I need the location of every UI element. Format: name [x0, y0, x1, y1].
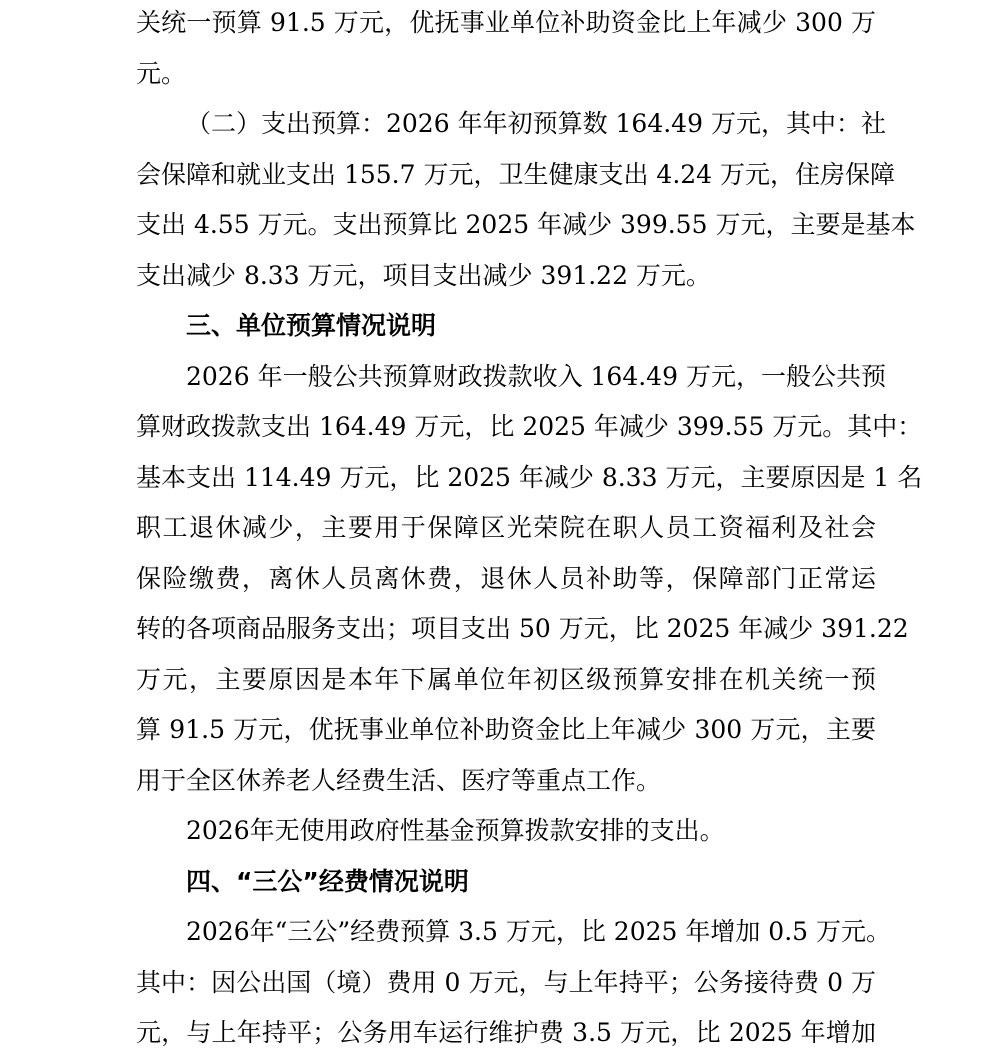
section-heading-unit-budget: 三、单位预算情况说明 [186, 306, 876, 346]
expenditure-budget-paragraph-line: （二）支出预算：2026 年年初预算数 164.49 万元，其中：社 [186, 104, 876, 144]
paragraph-line: 会保障和就业支出 155.7 万元，卫生健康支出 4.24 万元，住房保障 [136, 155, 876, 195]
paragraph-line: 元。 [136, 54, 876, 94]
paragraph-line: 算 91.5 万元，优抚事业单位补助资金比上年减少 300 万元，主要 [136, 710, 876, 750]
paragraph-line: 算财政拨款支出 164.49 万元，比 2025 年减少 399.55 万元。其… [136, 407, 876, 447]
paragraph-line: 用于全区休养老人经费生活、医疗等重点工作。 [136, 761, 876, 801]
paragraph-line: 基本支出 114.49 万元，比 2025 年减少 8.33 万元，主要原因是 … [136, 458, 876, 498]
paragraph-line: 关统一预算 91.5 万元，优抚事业单位补助资金比上年减少 300 万 [136, 3, 876, 43]
paragraph-line: 2026 年一般公共预算财政拨款收入 164.49 万元，一般公共预 [186, 357, 876, 397]
paragraph-line: 元，与上年持平；公务用车运行维护费 3.5 万元，比 2025 年增加 [136, 1013, 876, 1052]
section-heading-three-public-expenses: 四、“三公”经费情况说明 [186, 862, 876, 902]
document-page: 关统一预算 91.5 万元，优抚事业单位补助资金比上年减少 300 万 元。 （… [0, 0, 1000, 1052]
paragraph-line: 其中：因公出国（境）费用 0 万元，与上年持平；公务接待费 0 万 [136, 963, 876, 1003]
paragraph-line: 万元，主要原因是本年下属单位年初区级预算安排在机关统一预 [136, 660, 876, 700]
paragraph-line: 支出 4.55 万元。支出预算比 2025 年减少 399.55 万元，主要是基… [136, 205, 876, 245]
paragraph-line: 转的各项商品服务支出；项目支出 50 万元，比 2025 年减少 391.22 [136, 609, 876, 649]
paragraph-line: 保险缴费，离休人员离休费，退休人员补助等，保障部门正常运 [136, 559, 876, 599]
paragraph-line: 2026年无使用政府性基金预算拨款安排的支出。 [186, 811, 876, 851]
paragraph-line: 支出减少 8.33 万元，项目支出减少 391.22 万元。 [136, 256, 876, 296]
paragraph-line: 2026年“三公”经费预算 3.5 万元，比 2025 年增加 0.5 万元。 [186, 912, 876, 952]
paragraph-line: 职工退休减少，主要用于保障区光荣院在职人员工资福利及社会 [136, 508, 876, 548]
